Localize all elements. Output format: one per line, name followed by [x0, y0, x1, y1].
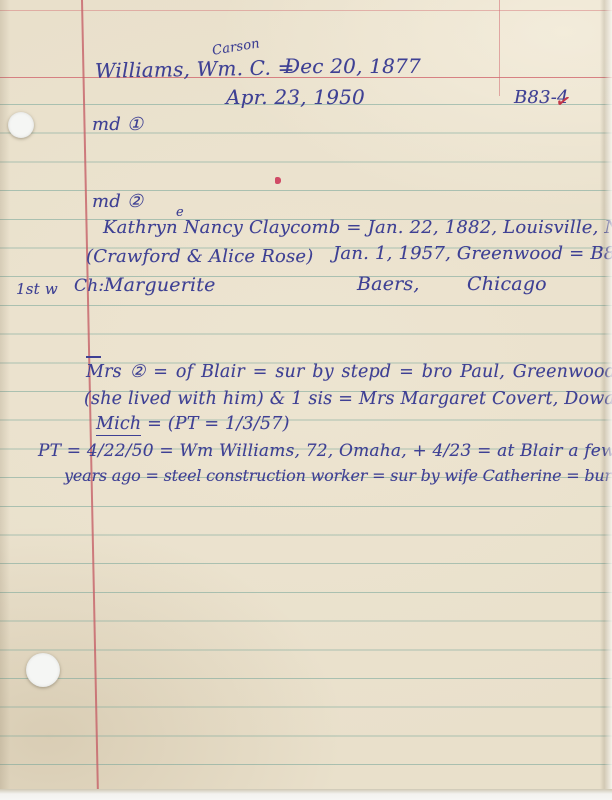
- research-note-line1: Mrs ② = of Blair = sur by stepd = bro Pa…: [86, 362, 612, 382]
- child-name: Marguerite: [104, 274, 216, 296]
- paper-left-edge: [0, 0, 10, 800]
- overline-dash: [86, 356, 101, 358]
- name-heading: Williams, Wm. C. =: [95, 55, 295, 82]
- children-label: Ch:: [74, 276, 104, 296]
- red-ink-dot: [275, 177, 281, 184]
- scanned-note-page: Williams, Wm. C. = Carson Dec 20, 1877 A…: [0, 0, 612, 800]
- death-date: Apr. 23, 1950: [226, 85, 365, 109]
- spouse-parents: (Crawford & Alice Rose): [86, 246, 314, 267]
- funeral-city: Chicago: [467, 273, 547, 295]
- research-note-line3: Mich = (PT = 1/3/57): [96, 414, 290, 434]
- birth-date: Dec 20, 1877: [284, 54, 421, 78]
- header-vertical-rule: [499, 0, 500, 96]
- top-red-rule: [0, 10, 612, 11]
- spouse-superscript: e: [176, 205, 184, 220]
- spouse-death-line: Jan. 1, 1957, Greenwood = B83-4: [333, 243, 612, 264]
- obituary-line1: PT = 4/22/50 = Wm Williams, 72, Omaha, +…: [38, 441, 612, 461]
- research-note-line2: (she lived with him) & 1 sis = Mrs Marga…: [84, 389, 612, 409]
- marriage1-label: md ①: [92, 114, 143, 135]
- spouse-line: Kathryn Nancy Claycomb = Jan. 22, 1882, …: [103, 217, 612, 238]
- marriage2-label: md ②: [92, 191, 143, 212]
- punch-hole-top: [8, 112, 34, 138]
- wife-order-note: 1st w: [16, 280, 58, 298]
- source-citation: = (PT = 1/3/57): [141, 414, 289, 434]
- punch-hole-bottom: [26, 653, 60, 687]
- paper-right-edge: [600, 0, 612, 800]
- obituary-line2: years ago = steel construction worker = …: [64, 466, 612, 485]
- paper-bottom-edge: [0, 789, 612, 800]
- funeral-home: Baers,: [357, 273, 420, 295]
- place-underlined: Mich: [96, 414, 141, 436]
